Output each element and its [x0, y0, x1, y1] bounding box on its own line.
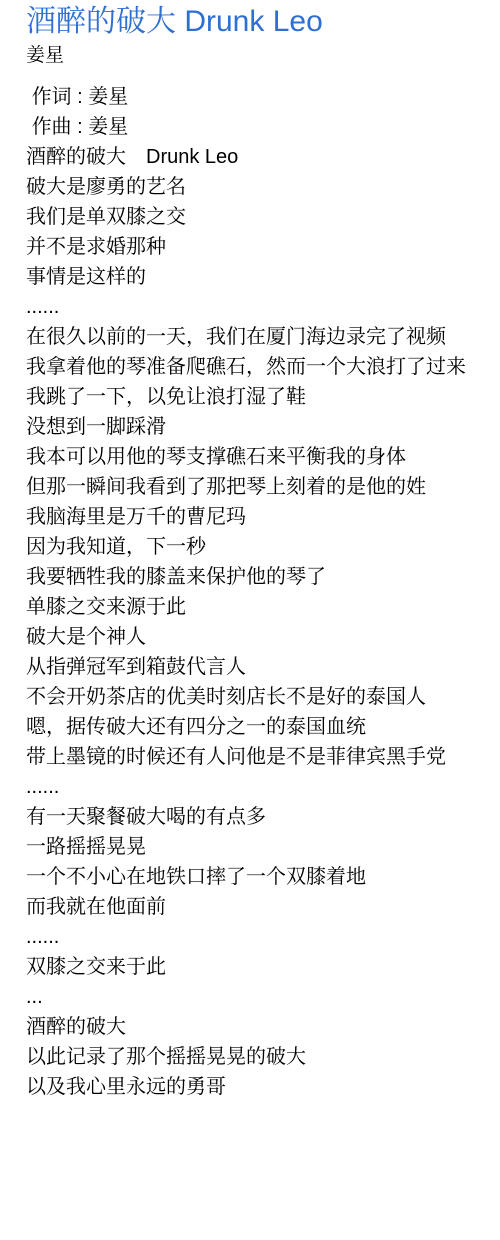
lyric-line: 一路摇摇晃晃: [26, 832, 482, 862]
lyric-line: 因为我知道，下一秒: [26, 532, 482, 562]
lyric-line: 破大是廖勇的艺名: [26, 172, 482, 202]
lyric-line: 有一天聚餐破大喝的有点多: [26, 802, 482, 832]
lyric-line: 而我就在他面前: [26, 892, 482, 922]
lyric-line: 事情是这样的: [26, 262, 482, 292]
lyric-line: 单膝之交来源于此: [26, 592, 482, 622]
lyric-line: 酒醉的破大: [26, 1012, 482, 1042]
lyric-line: 并不是求婚那种: [26, 232, 482, 262]
lyric-line: ......: [26, 922, 482, 952]
lyric-line: 但那一瞬间我看到了那把琴上刻着的是他的姓: [26, 472, 482, 502]
lyric-line: 从指弹冠军到箱鼓代言人: [26, 652, 482, 682]
lyric-line: 我脑海里是万千的曹尼玛: [26, 502, 482, 532]
lyric-line: 不会开奶茶店的优美时刻店长不是好的泰国人: [26, 682, 482, 712]
lyric-line: 嗯，据传破大还有四分之一的泰国血统: [26, 712, 482, 742]
lyric-line: 我跳了一下，以免让浪打湿了鞋: [26, 382, 482, 412]
artist-name: 姜星: [26, 42, 482, 70]
lyric-line: 没想到一脚踩滑: [26, 412, 482, 442]
lyric-line: 我拿着他的琴准备爬礁石，然而一个大浪打了过来: [26, 352, 482, 382]
lyric-line: 我们是单双膝之交: [26, 202, 482, 232]
lyric-line: 酒醉的破大 Drunk Leo: [26, 142, 482, 172]
lyric-line: 在很久以前的一天，我们在厦门海边录完了视频: [26, 322, 482, 352]
lyric-line: ......: [26, 292, 482, 322]
page-title: 酒醉的破大 Drunk Leo: [26, 2, 482, 42]
lyric-line: 以此记录了那个摇摇晃晃的破大: [26, 1042, 482, 1072]
lyric-line: 我要牺牲我的膝盖来保护他的琴了: [26, 562, 482, 592]
lyrics-page: 酒醉的破大 Drunk Leo 姜星 作词 : 姜星 作曲 : 姜星酒醉的破大 …: [0, 0, 500, 1240]
lyric-line: 带上墨镜的时候还有人问他是不是菲律宾黑手党: [26, 742, 482, 772]
lyric-line: ...: [26, 982, 482, 1012]
lyric-line: 以及我心里永远的勇哥: [26, 1072, 482, 1102]
lyric-line: 一个不小心在地铁口摔了一个双膝着地: [26, 862, 482, 892]
lyric-line: 作词 : 姜星: [26, 82, 482, 112]
lyric-line: ......: [26, 772, 482, 802]
lyric-line: 破大是个神人: [26, 622, 482, 652]
lyric-line: 作曲 : 姜星: [26, 112, 482, 142]
lyrics-text: 作词 : 姜星 作曲 : 姜星酒醉的破大 Drunk Leo破大是廖勇的艺名我们…: [26, 82, 482, 1102]
lyric-line: 双膝之交来于此: [26, 952, 482, 982]
lyric-line: 我本可以用他的琴支撑礁石来平衡我的身体: [26, 442, 482, 472]
